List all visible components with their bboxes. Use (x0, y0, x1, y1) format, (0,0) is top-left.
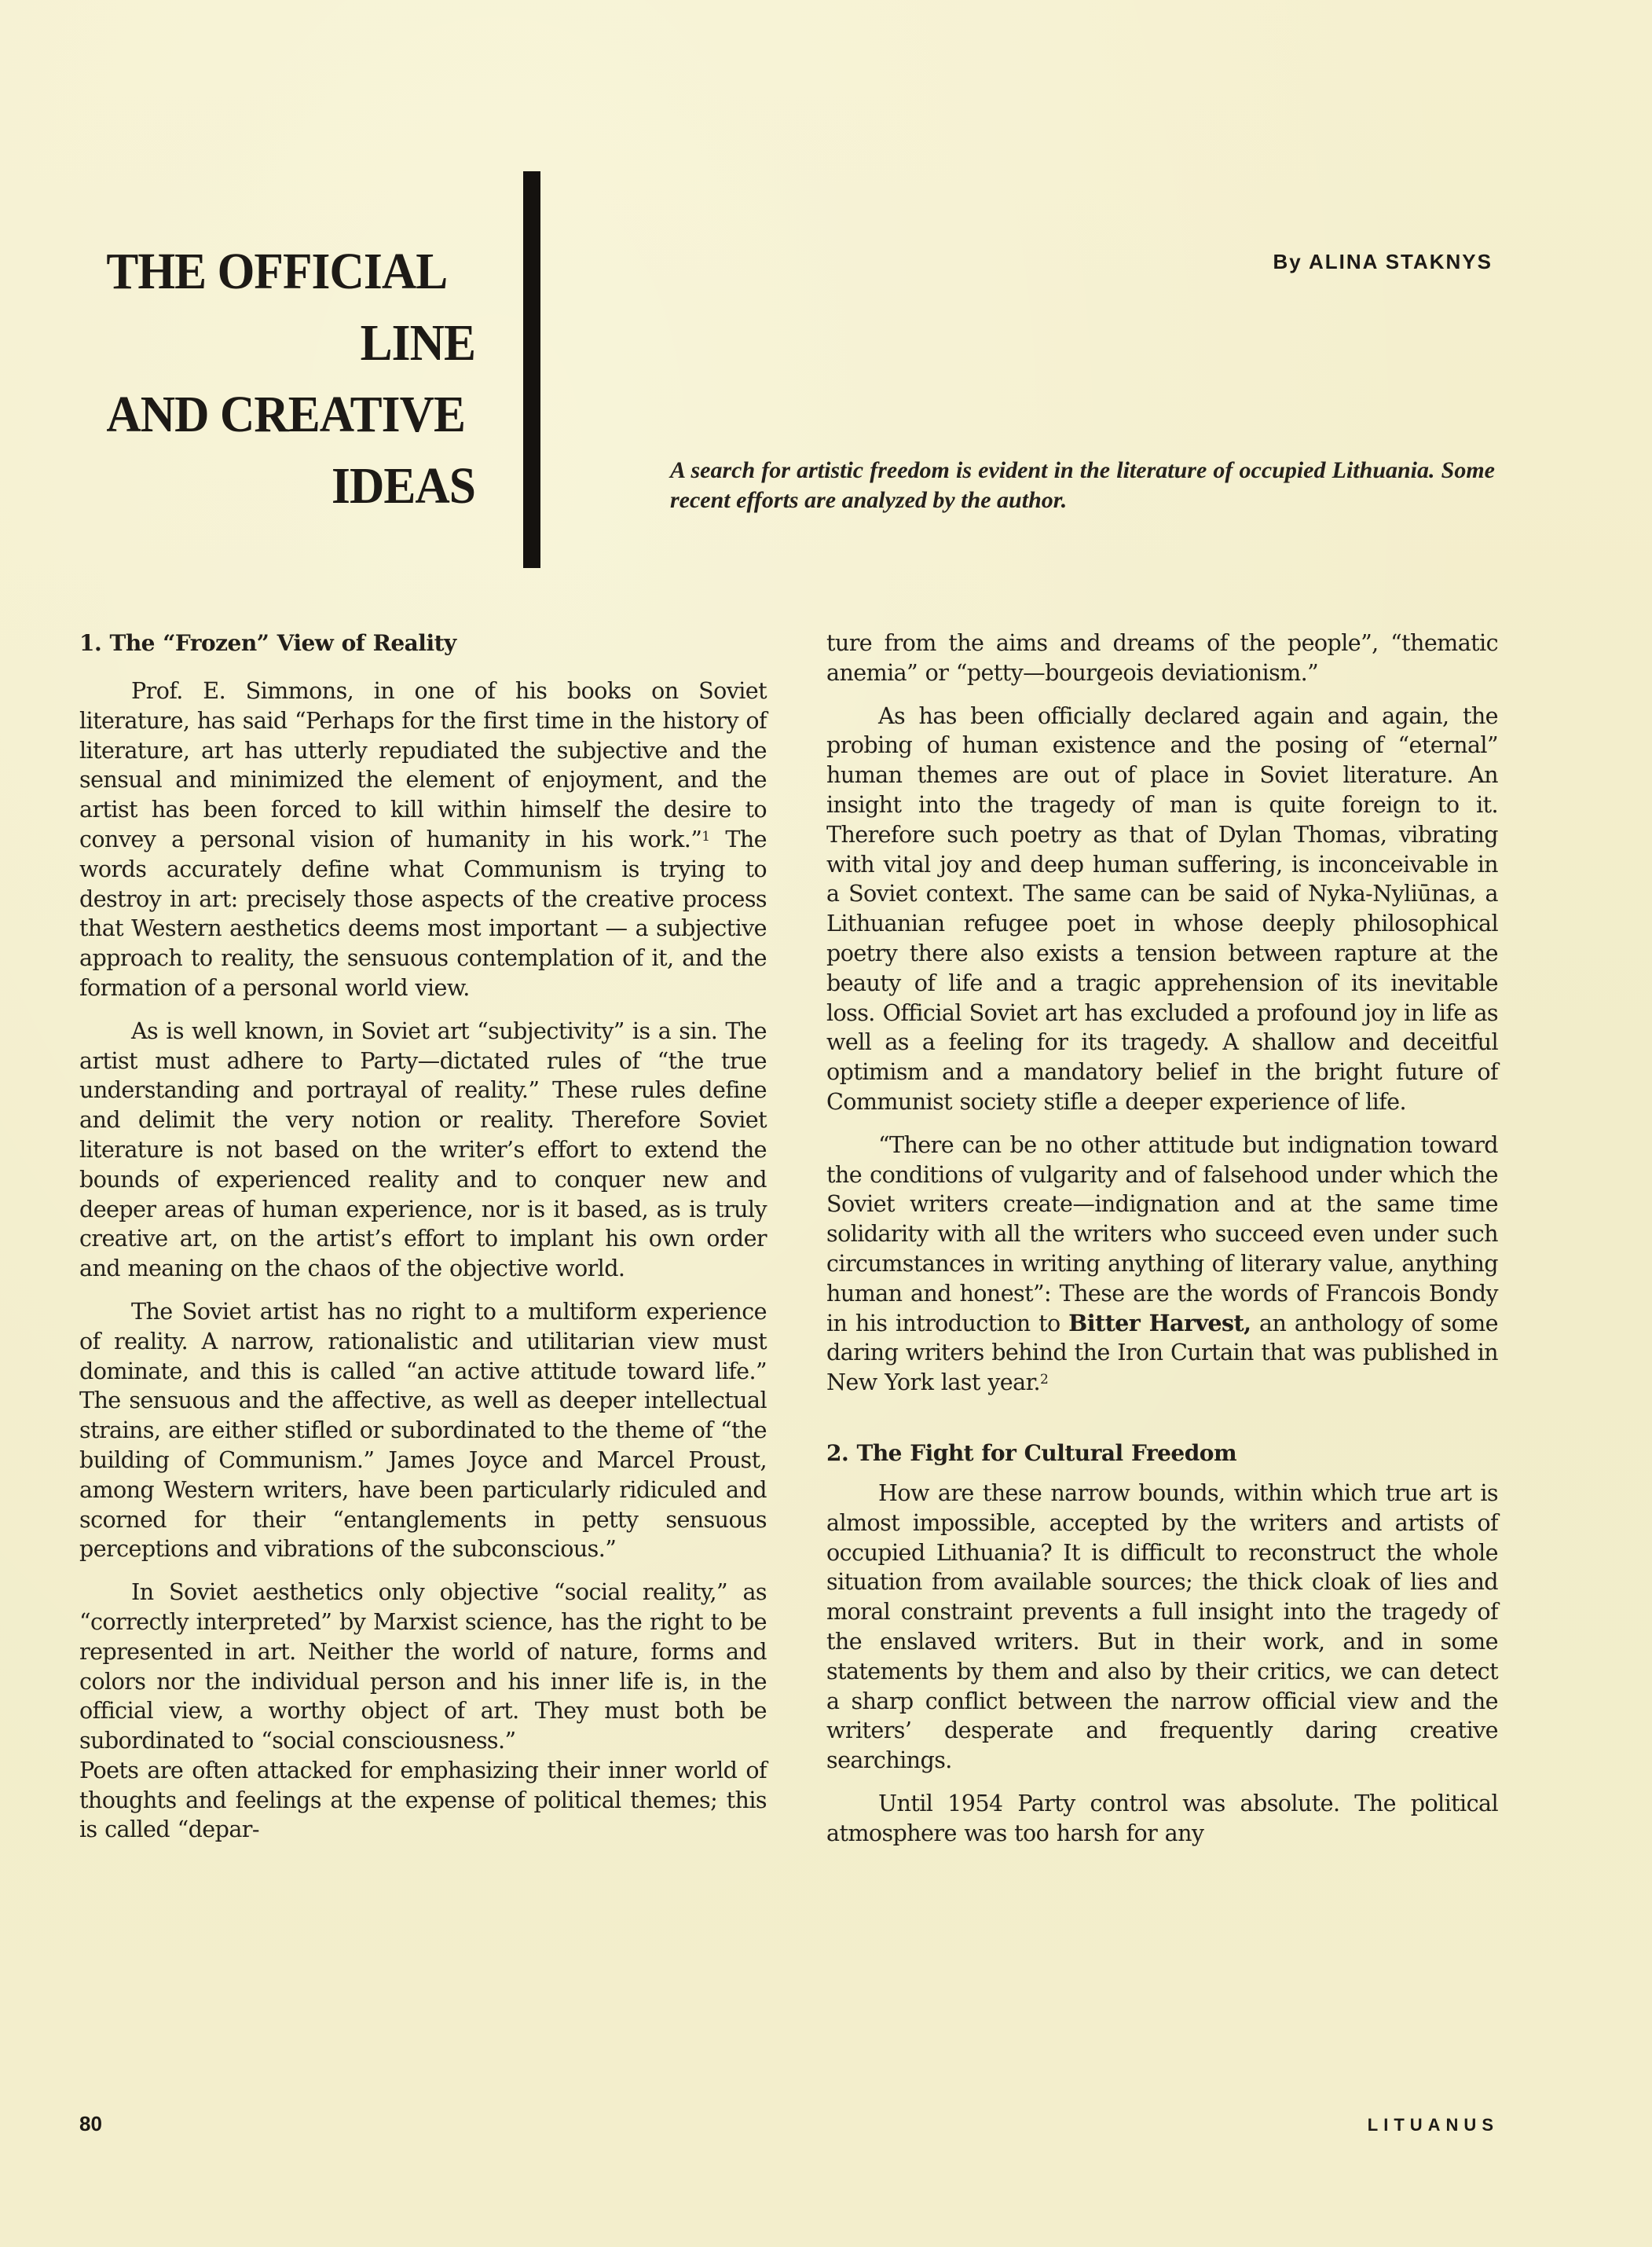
paragraph-text: “There can be no other attitude but indi… (826, 1131, 1498, 1336)
title-line: THE OFFICIAL (106, 236, 475, 307)
author-byline: By ALINA STAKNYS (1273, 250, 1493, 274)
footnote-marker: 2 (1040, 1372, 1048, 1387)
article-subtitle: A search for artistic freedom is evident… (670, 456, 1495, 515)
section-heading: 1. The “Frozen” View of Reality (79, 629, 767, 658)
body-paragraph: “There can be no other attitude but indi… (826, 1131, 1498, 1398)
body-paragraph: Poets are often attacked for emphasizing… (79, 1756, 767, 1845)
paragraph-text: Prof. E. Simmons, in one of his books on… (79, 677, 767, 852)
title-line: LINE (106, 307, 475, 379)
body-paragraph: As is well known, in Soviet art “subject… (79, 1017, 767, 1284)
right-column: ture from the aims and dreams of the peo… (826, 629, 1498, 1861)
body-paragraph: How are these narrow bounds, within whic… (826, 1479, 1498, 1776)
body-paragraph: Prof. E. Simmons, in one of his books on… (79, 676, 767, 1003)
body-paragraph: Until 1954 Party control was absolute. T… (826, 1789, 1498, 1849)
magazine-page: THE OFFICIAL LINE AND CREATIVE IDEAS By … (0, 0, 1652, 2247)
body-paragraph: The Soviet artist has no right to a mult… (79, 1297, 767, 1564)
section-heading: 2. The Fight for Cultural Freedom (826, 1439, 1498, 1468)
footnote-marker: 1 (701, 829, 709, 845)
page-number: 80 (79, 2112, 102, 2136)
title-line: AND CREATIVE (106, 379, 475, 450)
article-title: THE OFFICIAL LINE AND CREATIVE IDEAS (106, 236, 475, 522)
title-divider-rule (523, 171, 540, 568)
title-line: IDEAS (106, 450, 475, 522)
body-paragraph: ture from the aims and dreams of the peo… (826, 629, 1498, 688)
book-title: Bitter Harvest, (1068, 1310, 1251, 1336)
left-column: 1. The “Frozen” View of Reality Prof. E.… (79, 629, 767, 1858)
body-paragraph: As has been officially declared again an… (826, 702, 1498, 1117)
body-paragraph: In Soviet aesthetics only objective “soc… (79, 1578, 767, 1756)
journal-name: LITUANUS (1368, 2115, 1499, 2135)
